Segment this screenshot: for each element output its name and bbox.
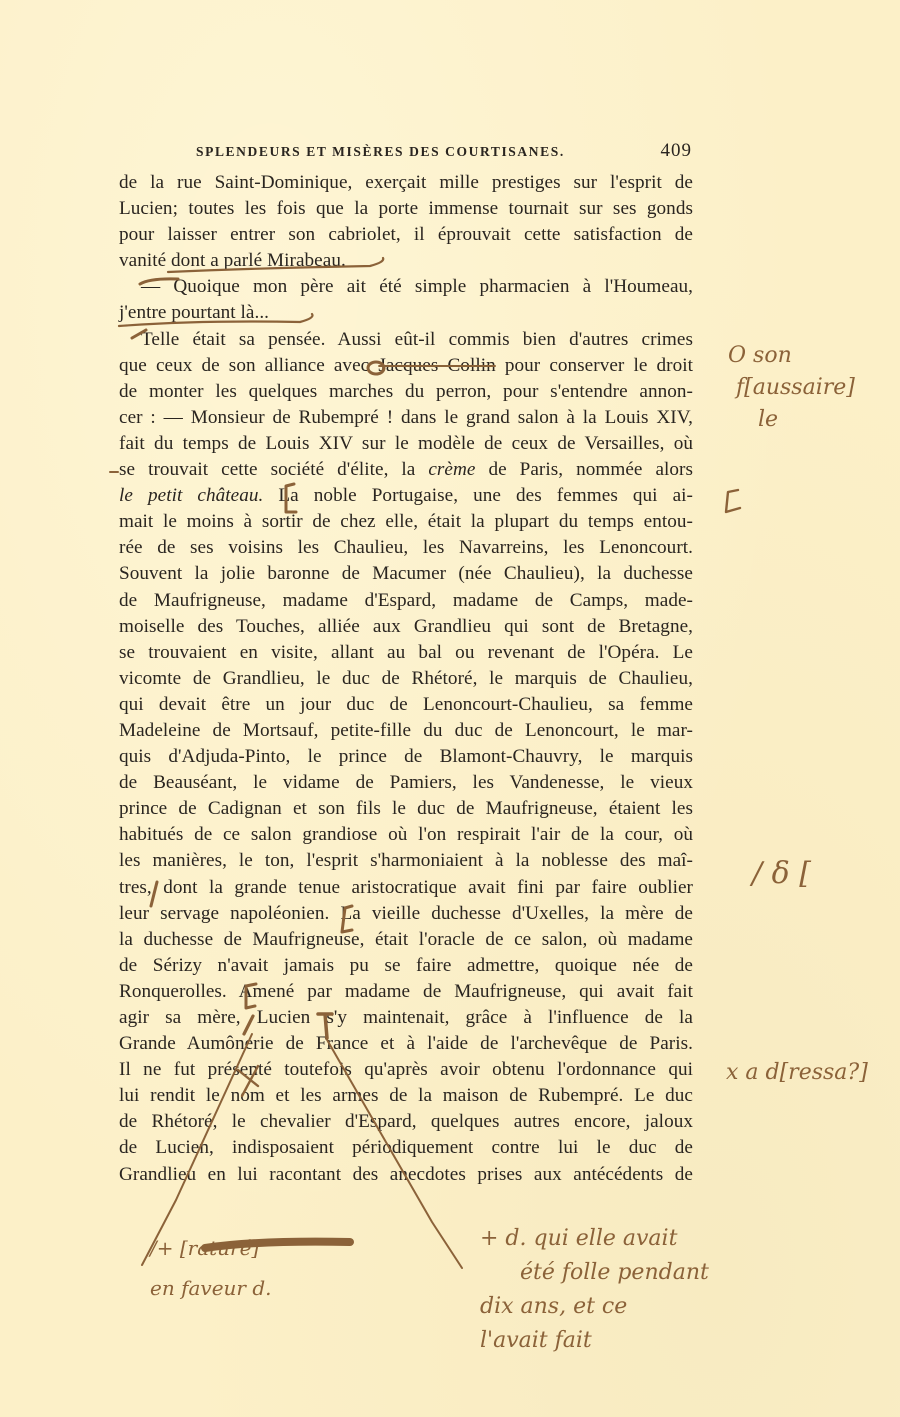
manuscript-page: SPLENDEURS ET MISÈRES DES COURTISANES. 4… [0, 0, 900, 1417]
text-line: prince de Cadignan et son fils le duc de… [119, 796, 693, 822]
text-segment: La noble Portugaise, une des femmes qui … [263, 485, 693, 506]
text-line: leur servage napoléonien. La vieille duc… [119, 901, 693, 927]
handwritten-line: /+ [raturé] [150, 1228, 272, 1268]
page-number: 409 [661, 140, 693, 162]
text-line: mait le moins à sortir de chez elle, éta… [119, 509, 693, 535]
struck-text: Jacques Collin [378, 355, 495, 376]
text-line: que ceux de son alliance avec Jacques Co… [119, 353, 693, 379]
body-text: de la rue Saint-Dominique, exerçait mill… [119, 170, 693, 1188]
text-line: qui devait être un jour duc de Lenoncour… [119, 692, 693, 718]
text-line: Madeleine de Mortsauf, petite-fille du d… [119, 718, 693, 744]
text-line: agir sa mère, Lucien s'y maintenait, grâ… [119, 1005, 693, 1031]
handwritten-line: l'avait fait [480, 1324, 709, 1358]
margin-note-right-1: O son f[aussaire] le [728, 340, 855, 436]
text-line: la duchesse de Maufrigneuse, était l'ora… [119, 927, 693, 953]
text-line: de Rhétoré, le chevalier d'Espard, quelq… [119, 1109, 693, 1135]
text-line: de Beauséant, le vidame de Pamiers, les … [119, 770, 693, 796]
text-line: se trouvaient en visite, allant au bal o… [119, 640, 693, 666]
text-line: Grandlieu en lui racontant des anecdotes… [119, 1162, 693, 1188]
text-line: j'entre pourtant là... [119, 300, 693, 326]
text-line: de Lucien, indisposaient périodiquement … [119, 1135, 693, 1161]
text-line: les manières, le ton, l'esprit s'harmoni… [119, 848, 693, 874]
text-line: fait du temps de Louis XIV sur le modèle… [119, 431, 693, 457]
text-line: pour laisser entrer son cabriolet, il ép… [119, 222, 693, 248]
text-line: Telle était sa pensée. Aussi eût-il comm… [119, 327, 693, 353]
text-line: se trouvait cette société d'élite, la cr… [119, 457, 693, 483]
running-title: SPLENDEURS ET MISÈRES DES COURTISANES. [196, 144, 565, 160]
text-line: de Sérizy n'avait jamais pu se faire adm… [119, 953, 693, 979]
margin-note-bottom-left: /+ [raturé] en faveur d. [150, 1228, 272, 1308]
margin-note-right-3: / δ [ [752, 856, 811, 891]
text-line: tres, dont la grande tenue aristocratiqu… [119, 875, 693, 901]
text-line: rée de ses voisins les Chaulieu, les Nav… [119, 535, 693, 561]
text-line: de monter les quelques marches du perron… [119, 379, 693, 405]
text-line: Il ne fut présenté toutefois qu'après av… [119, 1057, 693, 1083]
text-line: — Quoique mon père ait été simple pharma… [119, 274, 693, 300]
handwritten-line: été folle pendant [480, 1256, 709, 1290]
text-line: Grande Aumônerie de France et à l'aide d… [119, 1031, 693, 1057]
running-head: SPLENDEURS ET MISÈRES DES COURTISANES. 4… [196, 140, 692, 162]
margin-note-right-4: x a d[ressa?] [726, 1060, 868, 1085]
text-line: Ronquerolles. Amené par madame de Maufri… [119, 979, 693, 1005]
text-line: le petit château. La noble Portugaise, u… [119, 483, 693, 509]
text-line: quis d'Adjuda-Pinto, le prince de Blamon… [119, 744, 693, 770]
text-segment: se trouvait cette société d'élite, la [119, 459, 428, 480]
text-line: lui rendit le nom et les armes de la mai… [119, 1083, 693, 1109]
italic-text: le petit château. [119, 485, 263, 506]
handwritten-line: en faveur d. [150, 1268, 272, 1308]
text-line: Souvent la jolie baronne de Macumer (née… [119, 561, 693, 587]
text-segment: que ceux de son alliance avec [119, 355, 378, 376]
text-line: habitués de ce salon grandiose où l'on r… [119, 822, 693, 848]
text-segment: de Paris, nommée alors [475, 459, 693, 480]
handwritten-line: O son [728, 340, 855, 372]
text-segment: pour conserver le droit [496, 355, 693, 376]
handwritten-line: + d. qui elle avait [480, 1222, 709, 1256]
handwritten-line: f[aussaire] [728, 372, 855, 404]
text-line: Lucien; toutes les fois que la porte imm… [119, 196, 693, 222]
text-line: de la rue Saint-Dominique, exerçait mill… [119, 170, 693, 196]
paragraph-bracket-mark [726, 490, 740, 512]
text-line: de Maufrigneuse, madame d'Espard, madame… [119, 588, 693, 614]
margin-note-bottom-right: + d. qui elle avait été folle pendant di… [480, 1222, 709, 1358]
italic-text: crème [428, 459, 475, 480]
text-line: moiselle des Touches, alliée aux Grandli… [119, 614, 693, 640]
handwritten-line: le [728, 404, 855, 436]
handwritten-line: dix ans, et ce [480, 1290, 709, 1324]
text-line: cer : — Monsieur de Rubempré ! dans le g… [119, 405, 693, 431]
text-line: vicomte de Grandlieu, le duc de Rhétoré,… [119, 666, 693, 692]
text-line: vanité dont a parlé Mirabeau. [119, 248, 693, 274]
